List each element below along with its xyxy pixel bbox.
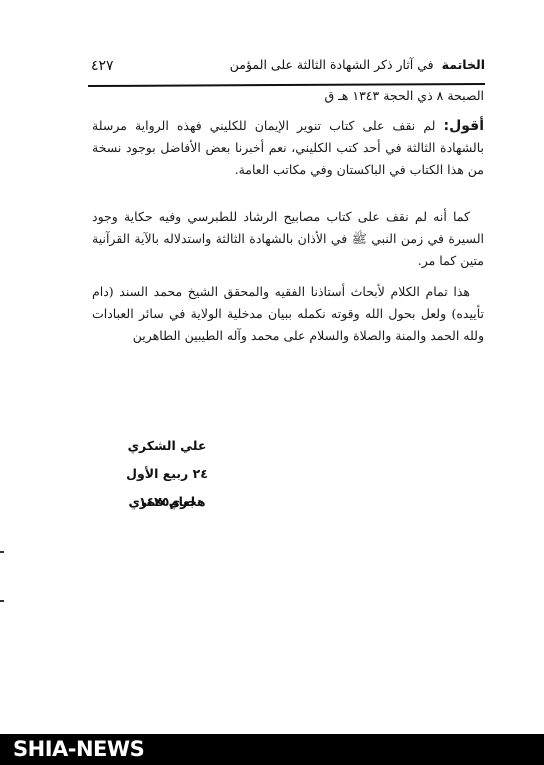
page-number: ٤٢٧	[91, 58, 114, 74]
header-title-lead: الخاتمة	[442, 57, 485, 72]
header-rule	[88, 83, 485, 87]
date-line: الصبحة ٨ ذي الحجة ١٣٤٣ هـ ق	[324, 88, 484, 103]
scan-margin-mark	[0, 551, 4, 553]
scan-margin-mark	[0, 600, 4, 602]
watermark-banner: SHIA-NEWS	[0, 734, 544, 765]
signature-calendar: هجري قمري	[96, 488, 238, 516]
paragraph-2: كما أنه لم نقف على كتاب مصابيح الرشاد لل…	[92, 206, 484, 272]
signature-name: علي الشكري	[96, 432, 238, 460]
paragraph-1-lead: أقول:	[444, 118, 485, 134]
paragraph-1-text: لم نقف على كتاب تنوير الإيمان للكليني فه…	[92, 118, 484, 177]
paragraph-3: هذا تمام الكلام لأبحاث أستاذنا الفقيه وا…	[92, 281, 484, 347]
running-header: الخاتمةفي آثار ذكر الشهادة الثالثة على ا…	[88, 55, 485, 83]
watermark-text: SHIA-NEWS	[13, 736, 144, 762]
paragraph-2-text: كما أنه لم نقف على كتاب مصابيح الرشاد لل…	[92, 209, 484, 268]
signature-date: ٢٤ ربيع الأول لعام١٤٢٥	[96, 460, 238, 488]
header-title: الخاتمةفي آثار ذكر الشهادة الثالثة على ا…	[230, 57, 485, 72]
paragraph-1: أقول: لم نقف على كتاب تنوير الإيمان للكل…	[92, 115, 484, 181]
signature-block: علي الشكري ٢٤ ربيع الأول لعام١٤٢٥ هجري ق…	[96, 432, 238, 516]
header-title-rest: في آثار ذكر الشهادة الثالثة على المؤمن	[230, 57, 434, 72]
document-page: الخاتمةفي آثار ذكر الشهادة الثالثة على ا…	[0, 0, 544, 734]
paragraph-3-text: هذا تمام الكلام لأبحاث أستاذنا الفقيه وا…	[92, 284, 484, 343]
